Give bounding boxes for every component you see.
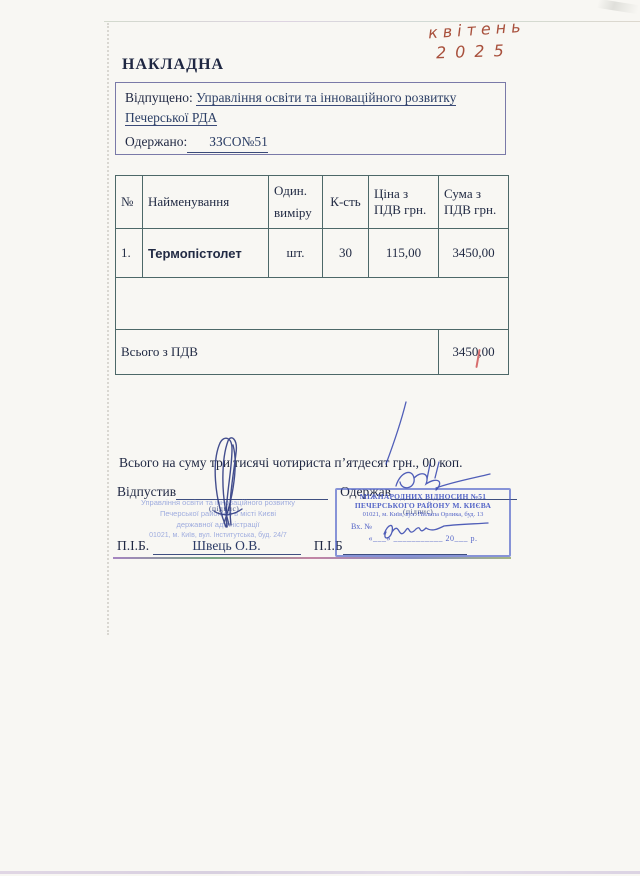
header-unit: Один. виміру bbox=[269, 176, 323, 229]
empty-row bbox=[116, 278, 509, 330]
row-qty: 30 bbox=[323, 229, 369, 278]
parties-box: Відпущено: Управління освіти та інноваці… bbox=[115, 82, 506, 155]
header-sum: Сума з ПДВ грн. bbox=[439, 176, 509, 229]
received-value: ЗЗСО№51 bbox=[187, 132, 268, 153]
row-sum: 3450,00 bbox=[439, 229, 509, 278]
issued-line: Відпущено: Управління освіти та інноваці… bbox=[125, 88, 496, 108]
issued-label: Відпущено: bbox=[125, 90, 193, 105]
row-price: 115,00 bbox=[369, 229, 439, 278]
receiver-signature-ink bbox=[378, 402, 513, 554]
signature-block-bottom-rule bbox=[113, 557, 511, 559]
row-name: Термопістолет bbox=[143, 229, 269, 278]
scan-corner-smudge bbox=[598, 0, 639, 14]
received-line: Одержано:ЗЗСО№51 bbox=[125, 132, 496, 153]
total-label: Всього з ПДВ bbox=[116, 330, 439, 375]
goods-table: № Найменування Один. виміру К-сть Ціна з… bbox=[115, 175, 509, 375]
row-unit: шт. bbox=[269, 229, 323, 278]
issuer-signature-ink bbox=[200, 433, 254, 529]
scan-page-top-edge bbox=[104, 21, 640, 22]
issuer-stamp-line4: 01021, м. Київ, вул. Інститутська, буд. … bbox=[122, 530, 314, 541]
header-price: Ціна з ПДВ грн. bbox=[369, 176, 439, 229]
document-title: НАКЛАДНА bbox=[122, 56, 224, 74]
total-row: Всього з ПДВ 3450,00 bbox=[116, 330, 509, 375]
header-qty: К-сть bbox=[323, 176, 369, 229]
goods-table-header-row: № Найменування Один. виміру К-сть Ціна з… bbox=[116, 176, 509, 229]
issued-value-line1: Управління освіти та інноваційного розви… bbox=[196, 90, 456, 106]
total-value: 3450,00 bbox=[439, 330, 509, 375]
table-row: 1. Термопістолет шт. 30 115,00 3450,00 bbox=[116, 229, 509, 278]
scan-bottom-edge bbox=[0, 871, 640, 874]
scan-perforation-line bbox=[107, 23, 109, 635]
header-name: Найменування bbox=[143, 176, 269, 229]
empty-cell bbox=[116, 278, 509, 330]
handwritten-year: 2025 bbox=[436, 41, 513, 63]
issued-line2: Печерської РДА bbox=[125, 108, 496, 128]
row-num: 1. bbox=[116, 229, 143, 278]
received-label: Одержано: bbox=[125, 134, 187, 149]
header-num: № bbox=[116, 176, 143, 229]
issued-value-line2: Печерської РДА bbox=[125, 110, 217, 126]
